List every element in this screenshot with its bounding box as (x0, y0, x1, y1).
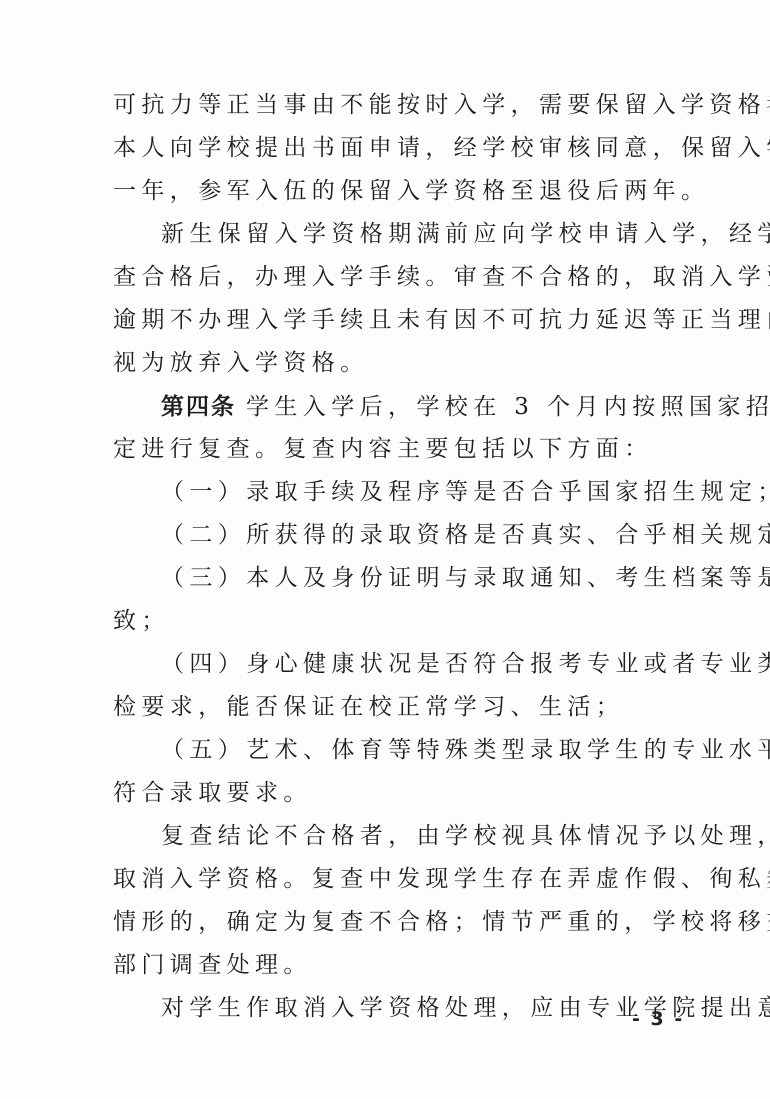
text-line: 查合格后，办理入学手续。审查不合格的，取消入学资格； (113, 256, 659, 299)
list-item-2: （二）所获得的录取资格是否真实、合乎相关规定； (113, 514, 659, 557)
list-item-3: （三）本人及身份证明与录取通知、考生档案等是否一 (113, 557, 659, 600)
text-line: 检要求，能否保证在校正常学习、生活； (113, 686, 659, 729)
text-line: 逾期不办理入学手续且未有因不可抗力延迟等正当理由的， (113, 299, 659, 342)
list-item-1: （一）录取手续及程序等是否合乎国家招生规定； (113, 471, 659, 514)
text-line: 一年，参军入伍的保留入学资格至退役后两年。 (113, 170, 659, 213)
text-line: 情形的，确定为复查不合格；情节严重的，学校将移交有关 (113, 901, 659, 944)
text-line: 定进行复查。复查内容主要包括以下方面： (113, 428, 659, 471)
document-body: 可抗力等正当事由不能按时入学，需要保留入学资格者，由 本人向学校提出书面申请，经… (113, 84, 659, 1030)
paragraph-start-line: 复查结论不合格者，由学校视具体情况予以处理，直至 (113, 815, 659, 858)
text-line: 取消入学资格。复查中发现学生存在弄虚作假、徇私舞弊等 (113, 858, 659, 901)
text-line: 视为放弃入学资格。 (113, 342, 659, 385)
text-line: 可抗力等正当事由不能按时入学，需要保留入学资格者，由 (113, 84, 659, 127)
text-line: 本人向学校提出书面申请，经学校审核同意，保留入学资格 (113, 127, 659, 170)
text-line: 符合录取要求。 (113, 772, 659, 815)
page-number: - 3 - (632, 1008, 684, 1030)
text-line: 致； (113, 600, 659, 643)
list-item-5: （五）艺术、体育等特殊类型录取学生的专业水平是否 (113, 729, 659, 772)
list-item-4: （四）身心健康状况是否符合报考专业或者专业类别体 (113, 643, 659, 686)
paragraph-start-line: 新生保留入学资格期满前应向学校申请入学，经学校审 (113, 213, 659, 256)
paragraph-start-line: 对学生作取消入学资格处理，应由专业学院提出意见， (113, 987, 659, 1030)
text-line: 部门调查处理。 (113, 944, 659, 987)
article-label: 第四条 (161, 393, 236, 420)
article-text: 学生入学后，学校在 3 个月内按照国家招生规 (246, 394, 770, 420)
article-four-line: 第四条学生入学后，学校在 3 个月内按照国家招生规 (113, 385, 659, 428)
document-page: 可抗力等正当事由不能按时入学，需要保留入学资格者，由 本人向学校提出书面申请，经… (0, 0, 770, 1099)
